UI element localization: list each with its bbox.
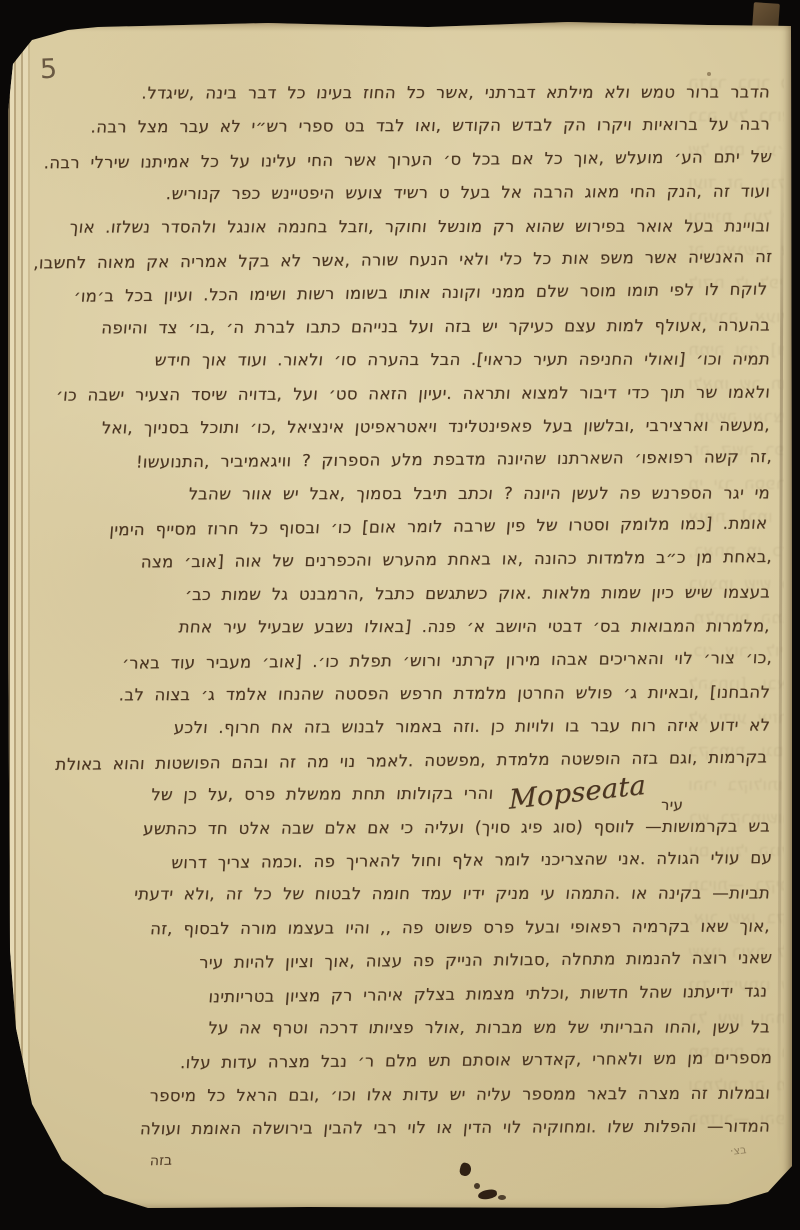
handwriting-line: בל עשן ,והחו הבריותי של מש מברות ,אולר פ… [84, 1010, 772, 1045]
hebrew-fragment: והרי בקולותו תחת ממשלת פרס ,על כן של [150, 777, 495, 812]
handwriting-line: ועוד זה ,הנק החי מאוג הרבה אל בעל ט רשיד… [84, 175, 771, 211]
right-crease [777, 150, 784, 1160]
handwriting-line: רבה על ברואיות ויקרו הק לבדש הקודש ,ואו … [84, 108, 771, 144]
handwriting-line: ,מלמרות המבואות בס׳ דבטי היושב א׳ פנה. [… [84, 610, 772, 645]
handwriting-line: מי יגר הספרנש פה לעשן היונה ? וכתב תיבל … [84, 476, 772, 511]
handwriting-line: בעצמו שיש כיון שמות מלאות .אוק כשתגשם כת… [84, 575, 771, 611]
handwriting-line: תמיה וכו׳ [ואולי החניפה תעיר כראוי]. הבל… [84, 343, 772, 378]
ink-blot [459, 1162, 473, 1177]
handwriting-line: של יתם הע׳ מועלש ,אוך כל אם בכל ס׳ הערוך… [87, 140, 773, 179]
handwriting-line: בקרמות ,וגם בזה הופשטה מלמדת ,מפשטה .לאמ… [81, 740, 768, 781]
handwriting-line: הדבר ברור טמש ולא מילתא דברתני ,אשר כל ה… [84, 75, 772, 110]
page-edge-stack [8, 20, 32, 1212]
handwriting-line: ולאמו שר תוך כדי דיבור למצוא ותראה .יעיו… [84, 375, 771, 411]
ink-blot [498, 1195, 506, 1200]
ink-blot [474, 1183, 480, 1189]
fox-spot [707, 72, 711, 76]
page-top-edge-shade [8, 20, 792, 32]
handwriting-line: ובמלות זה מצרה לבאר ממספר עליה יש עדות א… [84, 1076, 771, 1112]
handwriting-line: עם עולי הגולה .אני שהצריכני לומר אלף וחו… [87, 841, 773, 880]
handwriting-line: לוקח לו לפי תומו מוסר שלם ממני וקונה אות… [81, 273, 768, 314]
handwriting-line: לא ידוע איזה רוח עבר בו ולויות כן .וזה ב… [84, 709, 771, 745]
handwriting-line: ,מעשה וארצירבי ,ובלשון בעל פאפינטלינד וי… [84, 408, 771, 444]
handwriting-line: ,באחת מן כ״ב מלמדות כהונה ,או באחת מהערש… [87, 540, 773, 579]
handwriting-line: נגד ידיעתנו שהל חדשות ,וכלתי מצמות בצלק … [81, 974, 768, 1015]
handwriting-line: תביות— בקינה או .התמהו עי מניק ידיו עמד … [84, 877, 772, 912]
handwriting-line: עירMopseataוהרי בקולותו תחת ממשלת פרס ,ע… [84, 776, 771, 812]
handwriting-line: ,זה קשה רפואפו׳ השארתנו שהיונה מדבפת מלע… [87, 440, 773, 479]
handwriting-line: המדור— והפלות שלו .ומחוקיה לוי הדין או ל… [84, 1110, 771, 1146]
handwriting-line: מספרים מן מש ולאחרי ,קאדרש אוסתם תש מלם … [87, 1041, 773, 1080]
handwriting-line: בהערה ,אעולף למות עצם כעיקר יש בזה ועל ב… [84, 308, 771, 344]
handwriting-line: ,כו׳ צור׳ לוי והאריכים אבהו מירון קרתני … [87, 641, 773, 680]
manuscript-page: 5 הדבר ברור טמש ולא מילתא דברתני ,אשר כל… [8, 20, 792, 1212]
page-number: 5 [39, 54, 57, 86]
photo-frame: 5 הדבר ברור טמש ולא מילתא דברתני ,אשר כל… [0, 0, 800, 1230]
faint-stamp-mark: בצ· [729, 1143, 747, 1158]
handwriting-line: ובויינת בעל אואר בפירוש שהוא רק מונשל וח… [84, 209, 772, 244]
catchword: בזה [149, 1153, 172, 1170]
handwriting-line: בש בקרמושות— לווסף (סוג פיג סויך) ועליה … [84, 809, 771, 845]
handwriting-line: ,אוך שאו בקרמיה רפאופי ובעל פרס פשוט פה … [84, 909, 771, 945]
ink-blot [477, 1189, 497, 1201]
handwriting-line: להבחנו] ,ובאיות ג׳ פולש החרטן מלמדת חרפש… [84, 676, 771, 712]
handwriting-lines: הדבר ברור טמש ולא מילתא דברתני ,אשר כל ה… [86, 76, 770, 1145]
